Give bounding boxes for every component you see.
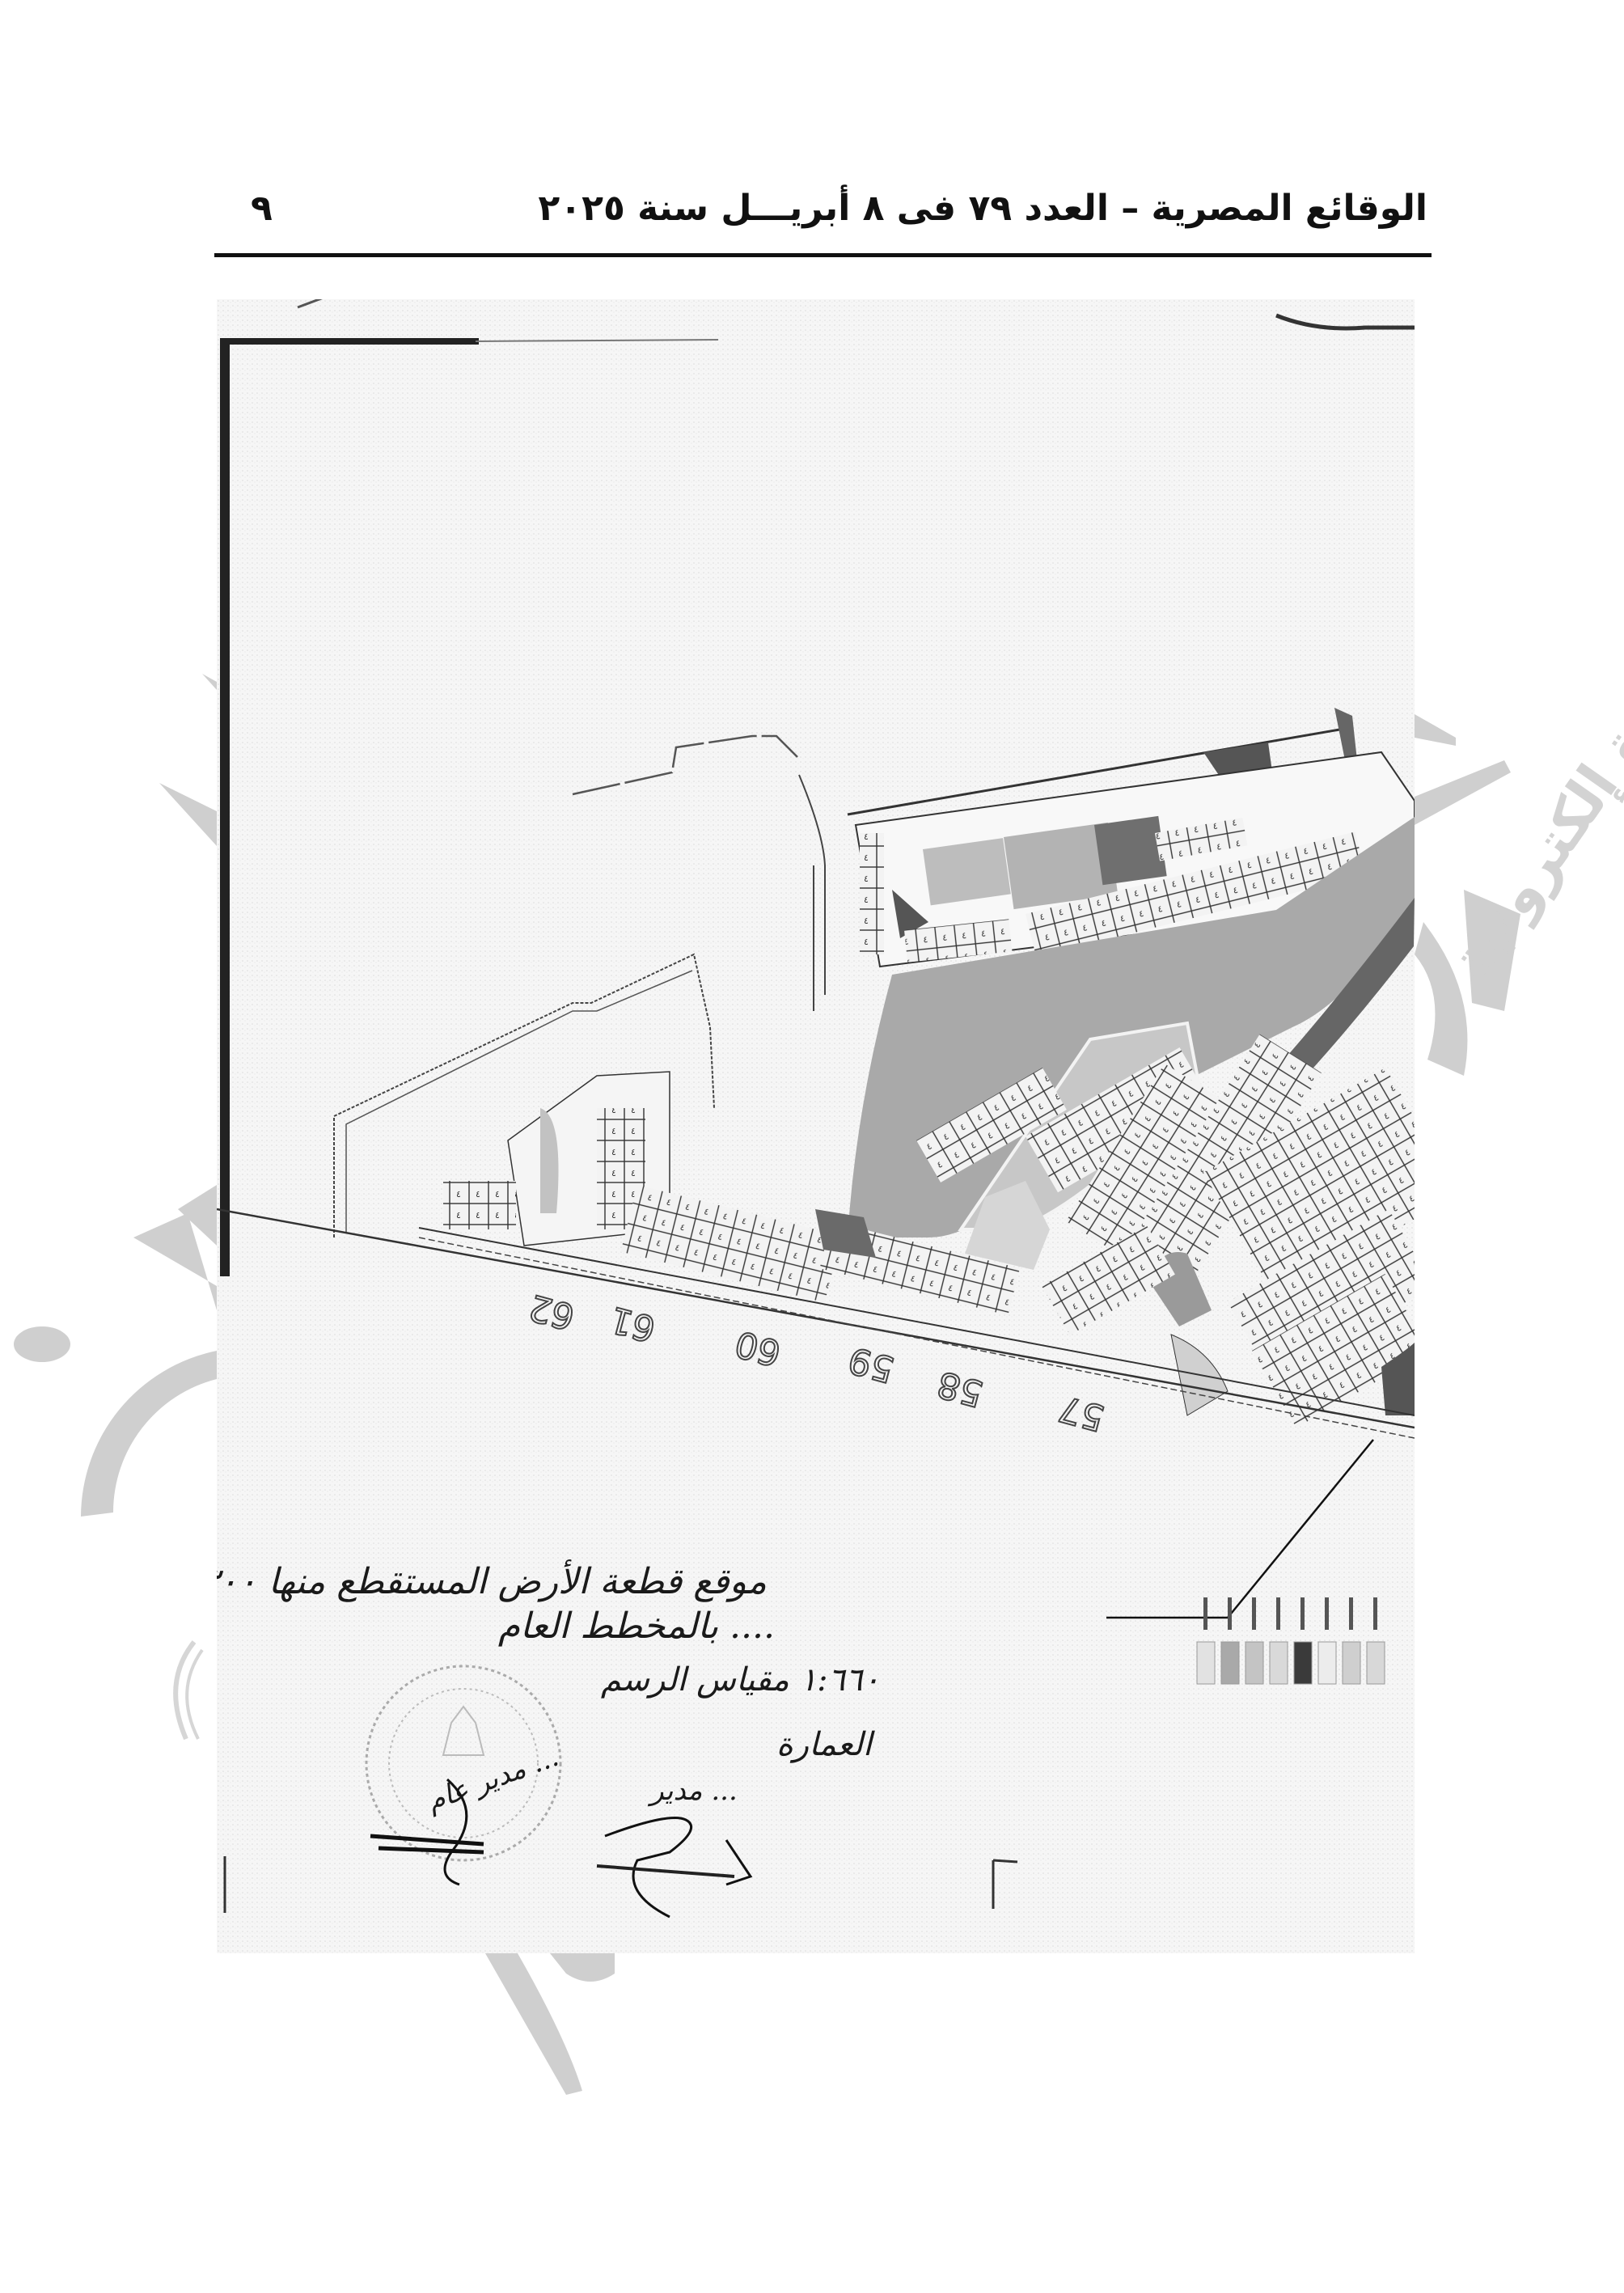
legend-swatch <box>1221 1642 1239 1684</box>
legend-swatch <box>1318 1642 1336 1684</box>
legend-label <box>1252 1597 1256 1630</box>
svg-text:مدير ...: مدير ... <box>647 1775 738 1807</box>
page-header: الوقائع المصرية – العدد ٧٩ فى ٨ أبريـــل… <box>214 184 1427 257</box>
legend-label <box>1349 1597 1353 1630</box>
watermark-text-right: صورة إلكترونية <box>1436 609 1624 992</box>
header-rule <box>214 253 1432 257</box>
legend-swatch <box>1197 1642 1215 1684</box>
legend-label <box>1203 1597 1207 1630</box>
legend-label <box>1325 1597 1329 1630</box>
legend-label <box>1276 1597 1280 1630</box>
site-plan-drawing: ٤ <box>217 299 1415 1953</box>
legend-label <box>1300 1597 1305 1630</box>
annotation-line-4: العمارة <box>776 1726 875 1763</box>
legend-swatch <box>1245 1642 1263 1684</box>
annotation-line-1: موقع قطعة الأرض المستقطع منها ٣٠٠ متر <box>217 1559 767 1602</box>
scanned-site-plan: ٤ <box>217 299 1415 1953</box>
legend-swatch <box>1367 1642 1385 1684</box>
legend-label <box>1373 1597 1377 1630</box>
annotation-line-2: بالمخطط العام .... <box>498 1606 775 1647</box>
legend-label <box>1228 1597 1232 1630</box>
annotation-line-3: ١:٦٦٠ مقياس الرسم <box>601 1661 880 1699</box>
gazette-title: الوقائع المصرية – العدد ٧٩ فى ٨ أبريـــل… <box>538 188 1427 229</box>
legend-swatch <box>1294 1642 1312 1684</box>
page-number: ٩ <box>251 188 273 229</box>
legend-swatch <box>1270 1642 1288 1684</box>
legend-swatch <box>1343 1642 1360 1684</box>
